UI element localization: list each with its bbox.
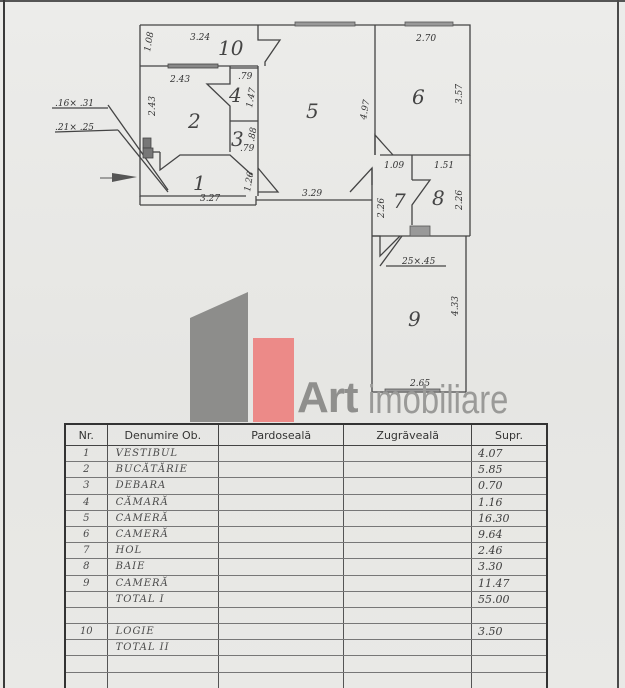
cell-nr: 3	[65, 478, 107, 494]
svg-text:2.26: 2.26	[455, 190, 465, 211]
cell-name: CAMERĂ	[107, 526, 218, 542]
cell-zugraveala	[344, 543, 472, 559]
duct-note-3: 25×.45	[401, 257, 436, 267]
svg-text:3.27: 3.27	[200, 194, 220, 204]
cell-supr: 3.50	[471, 624, 547, 640]
svg-text:2.43: 2.43	[148, 96, 158, 117]
cell-pardoseala	[218, 672, 343, 688]
table-row: 9CAMERĂ11.47	[65, 575, 547, 591]
svg-text:2: 2	[187, 109, 201, 133]
svg-text:1.26: 1.26	[243, 171, 256, 193]
table-row: 5CAMERĂ16.30	[65, 510, 547, 526]
cell-name: BAIE	[107, 559, 218, 575]
cell-pardoseala	[218, 494, 343, 510]
cell-name: CĂMARĂ	[107, 494, 218, 510]
svg-text:2.26: 2.26	[377, 198, 387, 219]
cell-name: VESTIBUL	[107, 446, 218, 462]
cell-zugraveala	[344, 672, 472, 688]
table-row	[65, 656, 547, 672]
cell-supr: 2.46	[471, 543, 547, 559]
cell-name: CAMERĂ	[107, 575, 218, 591]
cell-supr	[471, 672, 547, 688]
cell-nr: 2	[65, 462, 107, 478]
cell-pardoseala	[218, 559, 343, 575]
cell-name: DEBARA	[107, 478, 218, 494]
svg-text:3.29: 3.29	[302, 189, 322, 199]
table-row	[65, 607, 547, 623]
cell-supr: 1.16	[471, 494, 547, 510]
cell-supr: 55.00	[471, 591, 547, 607]
table-row	[65, 672, 547, 688]
table-row: 7HOL2.46	[65, 543, 547, 559]
cell-name: TOTAL II	[107, 640, 218, 656]
cell-pardoseala	[218, 591, 343, 607]
cell-pardoseala	[218, 575, 343, 591]
svg-text:2.70: 2.70	[415, 34, 436, 44]
cell-supr: 3.30	[471, 559, 547, 575]
cell-nr	[65, 672, 107, 688]
floor-plan: 1 2 3 4 5 6 7 8 9 10 3.27 1.26 2.43 2.43…	[0, 0, 625, 420]
svg-text:8: 8	[432, 186, 445, 210]
entry-arrow-icon	[112, 173, 137, 182]
cell-nr: 1	[65, 446, 107, 462]
table-row: 8BAIE3.30	[65, 559, 547, 575]
table-row-total-2: TOTAL II	[65, 640, 547, 656]
duct-note-1: .16× .31	[55, 99, 94, 109]
svg-text:6: 6	[412, 85, 425, 109]
cell-name: TOTAL I	[107, 591, 218, 607]
cell-pardoseala	[218, 624, 343, 640]
table-row-total-1: TOTAL I55.00	[65, 591, 547, 607]
logo-brand-bold: Art	[297, 376, 358, 420]
table-header-row: Nr. Denumire Ob. Pardoseală Zugrăveală S…	[65, 424, 547, 446]
svg-text:.79: .79	[238, 72, 253, 82]
cell-zugraveala	[344, 462, 472, 478]
svg-text:9: 9	[408, 307, 421, 331]
table-row: 10LOGIE3.50	[65, 624, 547, 640]
cell-zugraveala	[344, 640, 472, 656]
svg-text:1.09: 1.09	[384, 161, 404, 171]
cell-zugraveala	[344, 559, 472, 575]
cell-supr: 5.85	[471, 462, 547, 478]
svg-text:4.97: 4.97	[359, 99, 373, 122]
cell-pardoseala	[218, 478, 343, 494]
svg-text:1: 1	[193, 171, 206, 195]
svg-text:1.08: 1.08	[143, 31, 156, 53]
cell-zugraveala	[344, 607, 472, 623]
cell-nr: 9	[65, 575, 107, 591]
cell-name	[107, 672, 218, 688]
cell-name: HOL	[107, 543, 218, 559]
cell-pardoseala	[218, 526, 343, 542]
vent-hatch	[143, 138, 151, 148]
cell-supr	[471, 656, 547, 672]
rooms-surface-table: Nr. Denumire Ob. Pardoseală Zugrăveală S…	[64, 423, 548, 688]
cell-nr: 7	[65, 543, 107, 559]
cell-nr: 8	[65, 559, 107, 575]
table-row: 2BUCĂTĂRIE5.85	[65, 462, 547, 478]
header-pardoseala: Pardoseală	[218, 424, 343, 446]
logo-pink-building-icon	[253, 338, 294, 422]
svg-text:4: 4	[228, 83, 242, 107]
table-row: 3DEBARA0.70	[65, 478, 547, 494]
cell-pardoseala	[218, 640, 343, 656]
header-supr: Supr.	[471, 424, 547, 446]
header-nr: Nr.	[65, 424, 107, 446]
cell-pardoseala	[218, 462, 343, 478]
svg-text:3.24: 3.24	[190, 33, 210, 43]
svg-text:1.51: 1.51	[434, 161, 454, 171]
cell-name: LOGIE	[107, 624, 218, 640]
cell-nr	[65, 640, 107, 656]
cell-supr: 0.70	[471, 478, 547, 494]
cell-zugraveala	[344, 575, 472, 591]
table-row: 1VESTIBUL4.07	[65, 446, 547, 462]
cell-zugraveala	[344, 526, 472, 542]
cell-zugraveala	[344, 624, 472, 640]
cell-nr: 4	[65, 494, 107, 510]
cell-pardoseala	[218, 446, 343, 462]
cell-pardoseala	[218, 607, 343, 623]
svg-text:5: 5	[306, 99, 319, 123]
cell-name	[107, 607, 218, 623]
cell-nr: 5	[65, 510, 107, 526]
cell-name: BUCĂTĂRIE	[107, 462, 218, 478]
cell-nr	[65, 591, 107, 607]
svg-text:3.57: 3.57	[455, 84, 465, 104]
cell-zugraveala	[344, 446, 472, 462]
cell-nr: 6	[65, 526, 107, 542]
svg-text:7: 7	[393, 189, 406, 213]
cell-supr: 11.47	[471, 575, 547, 591]
svg-text:.79: .79	[240, 144, 255, 154]
table-row: 4CĂMARĂ1.16	[65, 494, 547, 510]
cell-supr: 16.30	[471, 510, 547, 526]
cell-nr	[65, 656, 107, 672]
cell-supr	[471, 607, 547, 623]
duct-note-2: .21× .25	[55, 123, 94, 133]
header-zugraveala: Zugrăveală	[344, 424, 472, 446]
table-row: 6CAMERĂ9.64	[65, 526, 547, 542]
svg-text:4.33: 4.33	[451, 296, 461, 317]
cell-supr	[471, 640, 547, 656]
cell-zugraveala	[344, 494, 472, 510]
logo-brand-light: imobiliare	[368, 380, 508, 420]
cell-supr: 4.07	[471, 446, 547, 462]
svg-text:1.47: 1.47	[245, 87, 258, 109]
svg-text:10: 10	[218, 36, 244, 60]
cell-name: CAMERĂ	[107, 510, 218, 526]
cell-zugraveala	[344, 656, 472, 672]
cell-zugraveala	[344, 510, 472, 526]
cell-nr	[65, 607, 107, 623]
svg-text:2.43: 2.43	[169, 75, 190, 85]
cell-name	[107, 656, 218, 672]
cell-supr: 9.64	[471, 526, 547, 542]
cell-pardoseala	[218, 543, 343, 559]
cell-nr: 10	[65, 624, 107, 640]
header-name: Denumire Ob.	[107, 424, 218, 446]
cell-pardoseala	[218, 656, 343, 672]
cell-zugraveala	[344, 591, 472, 607]
cell-zugraveala	[344, 478, 472, 494]
cell-pardoseala	[218, 510, 343, 526]
